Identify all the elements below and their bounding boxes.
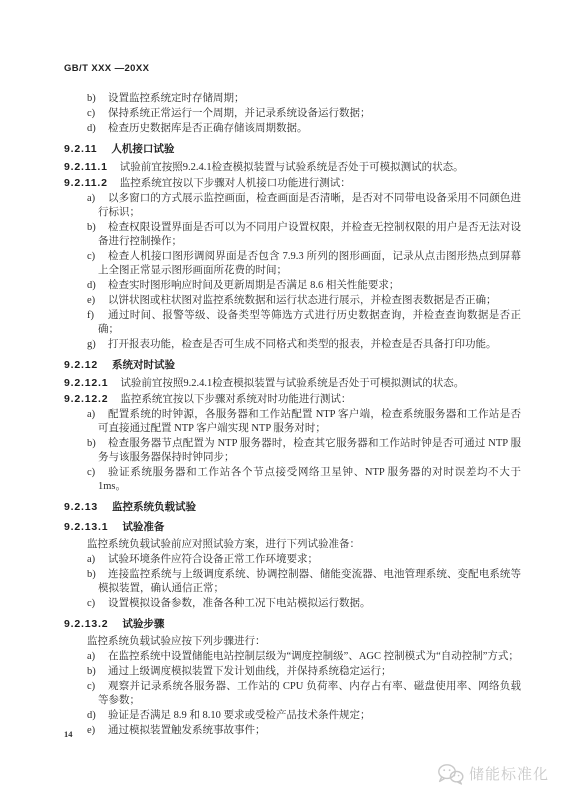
list-item-text: 验证是否满足 8.9 和 8.10 要求或受检产品技术条件规定； bbox=[108, 710, 371, 721]
subsection-title: 试验步骤 bbox=[122, 617, 164, 631]
lead-paragraph: 监控系统负载试验前应对照试验方案，进行下列试验准备： bbox=[64, 538, 521, 552]
list-item-label: d) bbox=[87, 279, 96, 293]
list-item-text: 保持系统正常运行一个周期，并记录系统设备运行数据； bbox=[108, 108, 371, 119]
section-title: 系统对时试验 bbox=[112, 358, 175, 372]
list-item: c) 设置模拟设备参数，准备各种工况下电站模拟运行数据。 bbox=[64, 597, 521, 611]
list-item: b) 连接监控系统与上级调度系统、协调控制器、储能变流器、电池管理系统、变配电系… bbox=[64, 568, 521, 596]
list-item-label: a) bbox=[87, 408, 95, 422]
lead-paragraph: 监控系统负载试验应按下列步骤进行： bbox=[64, 635, 521, 649]
list-item: d) 检查实时图形响应时间及更新周期是否满足 8.6 相关性能要求； bbox=[64, 279, 521, 293]
list-item: a) 在监控系统中设置储能电站控制层级为“调度控制级”、AGC 控制模式为“自动… bbox=[64, 650, 521, 664]
document-content: b) 设置监控系统定时存储周期； c) 保持系统正常运行一个周期，并记录系统设备… bbox=[64, 92, 521, 738]
list-item-label: b) bbox=[87, 221, 96, 235]
list-item-text: 以饼状图或柱状图对监控系统数据和运行状态进行展示，并检查图表数据是否正确； bbox=[108, 295, 497, 306]
list-item-label: e) bbox=[87, 294, 95, 308]
page-number: 14 bbox=[64, 727, 73, 741]
clause-text: 试验前宜按照9.2.4.1检查模拟装置与试验系统是否处于可模拟测试的状态。 bbox=[120, 162, 464, 173]
list-item-label: b) bbox=[87, 568, 96, 582]
list-item-label: a) bbox=[87, 192, 95, 206]
list-item-label: e) bbox=[87, 724, 95, 738]
clause-number: 9.2.11.2 bbox=[64, 177, 108, 189]
list-item-text: 检查历史数据库是否正确存储该周期数据。 bbox=[108, 123, 308, 134]
watermark: 储能标准化 bbox=[437, 763, 549, 786]
clause-paragraph: 9.2.11.1试验前宜按照9.2.4.1检查模拟装置与试验系统是否处于可模拟测… bbox=[64, 160, 521, 175]
list-item: g) 打开报表功能，检查是否可生成不同格式和类型的报表，并检查是否具备打印功能。 bbox=[64, 338, 521, 352]
subsection-heading: 9.2.13.1 试验准备 bbox=[64, 520, 521, 534]
clause-paragraph: 9.2.12.1试验前宜按照9.2.4.1检查模拟装置与试验系统是否处于可模拟测… bbox=[64, 376, 521, 391]
clause-list: a) 配置系统的时钟源，各服务器和工作站配置 NTP 客户端，检查系统服务器和工… bbox=[64, 408, 521, 494]
list-item: b) 设置监控系统定时存储周期； bbox=[64, 92, 521, 106]
list-item: b) 检查服务器节点配置为 NTP 服务器时，检查其它服务器和工作站时钟是否可通… bbox=[64, 437, 521, 465]
list-item: b) 检查权限设置界面是否可以为不同用户设置权限，并检查无控制权限的用户是否无法… bbox=[64, 221, 521, 249]
list-item: b) 通过上级调度模拟装置下发计划曲线，并保持系统稳定运行； bbox=[64, 665, 521, 679]
list-item-text: 检查人机接口图形调阅界面是否包含 7.9.3 所列的图形画面，记录从点击图形热点… bbox=[98, 251, 521, 276]
subsection-heading: 9.2.13.2 试验步骤 bbox=[64, 617, 521, 631]
list-item-label: c) bbox=[87, 250, 95, 264]
list-item: e) 以饼状图或柱状图对监控系统数据和运行状态进行展示，并检查图表数据是否正确； bbox=[64, 294, 521, 308]
subsection-title: 试验准备 bbox=[122, 520, 164, 534]
list-item: d) 验证是否满足 8.9 和 8.10 要求或受检产品技术条件规定； bbox=[64, 709, 521, 723]
list-item-label: b) bbox=[87, 92, 96, 106]
list-item-text: 试验环境条件应符合设备正常工作环境要求； bbox=[108, 554, 318, 565]
list-item-label: c) bbox=[87, 107, 95, 121]
section-title: 监控系统负载试验 bbox=[112, 500, 196, 514]
list-item-text: 设置模拟设备参数，准备各种工况下电站模拟运行数据。 bbox=[108, 598, 371, 609]
list-item: c) 检查人机接口图形调阅界面是否包含 7.9.3 所列的图形画面，记录从点击图… bbox=[64, 250, 521, 278]
list-item-text: 检查实时图形响应时间及更新周期是否满足 8.6 相关性能要求； bbox=[108, 280, 399, 291]
section-number: 9.2.11 bbox=[64, 142, 97, 156]
clause-number: 9.2.11.1 bbox=[64, 161, 108, 173]
clause-number: 9.2.12.1 bbox=[64, 377, 108, 389]
clause-text: 试验前宜按照9.2.4.1检查模拟装置与试验系统是否处于可模拟测试的状态。 bbox=[120, 378, 464, 389]
watermark-text: 储能标准化 bbox=[469, 768, 549, 782]
list-item-text: 检查权限设置界面是否可以为不同用户设置权限，并检查无控制权限的用户是否无法对设备… bbox=[98, 222, 521, 247]
document-page: GB/T XXX —20XX b) 设置监控系统定时存储周期； c) 保持系统正… bbox=[0, 0, 565, 800]
list-item: a) 配置系统的时钟源，各服务器和工作站配置 NTP 客户端，检查系统服务器和工… bbox=[64, 408, 521, 436]
list-item-text: 通过时间、报警等级、设备类型等筛选方式进行历史数据查询，并检查查询数据是否正确； bbox=[98, 310, 521, 335]
list-item-text: 以多窗口的方式展示监控画面，检查画面是否清晰，是否对不同带电设备采用不同颜色进行… bbox=[98, 193, 521, 218]
clause-text: 监控系统宜按以下步骤对系统对时功能进行测试： bbox=[120, 394, 351, 405]
list-item-text: 验证系统服务器和工作站各个节点接受网络卫星钟、NTP 服务器的对时误差均不大于 … bbox=[98, 467, 521, 492]
list-item-text: 设置监控系统定时存储周期； bbox=[108, 93, 245, 104]
list-item-text: 连接监控系统与上级调度系统、协调控制器、储能变流器、电池管理系统、变配电系统等模… bbox=[98, 569, 521, 594]
section-title: 人机接口试验 bbox=[111, 142, 174, 156]
list-item: c) 观察并记录系统各服务器、工作站的 CPU 负荷率、内存占有率、磁盘使用率、… bbox=[64, 680, 521, 708]
clause-list: a) 试验环境条件应符合设备正常工作环境要求； b) 连接监控系统与上级调度系统… bbox=[64, 553, 521, 611]
list-item: d) 检查历史数据库是否正确存储该周期数据。 bbox=[64, 122, 521, 136]
clause-text: 监控系统宜按以下步骤对人机接口功能进行测试： bbox=[120, 178, 351, 189]
list-item-label: d) bbox=[87, 122, 96, 136]
list-item-text: 检查服务器节点配置为 NTP 服务器时，检查其它服务器和工作站时钟是否可通过 N… bbox=[98, 438, 521, 463]
section-number: 9.2.12 bbox=[64, 358, 98, 372]
clause-list: a) 以多窗口的方式展示监控画面，检查画面是否清晰，是否对不同带电设备采用不同颜… bbox=[64, 192, 521, 352]
list-item: c) 保持系统正常运行一个周期，并记录系统设备运行数据； bbox=[64, 107, 521, 121]
section-heading: 9.2.13 监控系统负载试验 bbox=[64, 500, 521, 514]
list-item-text: 观察并记录系统各服务器、工作站的 CPU 负荷率、内存占有率、磁盘使用率、网络负… bbox=[98, 681, 521, 706]
list-item-text: 通过上级调度模拟装置下发计划曲线，并保持系统稳定运行； bbox=[108, 666, 392, 677]
subsection-number: 9.2.13.2 bbox=[64, 617, 108, 631]
subsection-number: 9.2.13.1 bbox=[64, 520, 108, 534]
list-item-text: 配置系统的时钟源，各服务器和工作站配置 NTP 客户端，检查系统服务器和工作站是… bbox=[98, 409, 521, 434]
list-item-label: c) bbox=[87, 466, 95, 480]
list-item-label: b) bbox=[87, 437, 96, 451]
list-item-label: a) bbox=[87, 650, 95, 664]
list-item-text: 在监控系统中设置储能电站控制层级为“调度控制级”、AGC 控制模式为“自动控制”… bbox=[108, 651, 519, 662]
list-item: a) 以多窗口的方式展示监控画面，检查画面是否清晰，是否对不同带电设备采用不同颜… bbox=[64, 192, 521, 220]
clause-paragraph: 9.2.12.2监控系统宜按以下步骤对系统对时功能进行测试： bbox=[64, 392, 521, 407]
list-item: c) 验证系统服务器和工作站各个节点接受网络卫星钟、NTP 服务器的对时误差均不… bbox=[64, 466, 521, 494]
list-item-label: c) bbox=[87, 597, 95, 611]
standard-number-header: GB/T XXX —20XX bbox=[64, 62, 521, 76]
list-item: a) 试验环境条件应符合设备正常工作环境要求； bbox=[64, 553, 521, 567]
list-item-label: d) bbox=[87, 709, 96, 723]
list-item-label: a) bbox=[87, 553, 95, 567]
list-item-label: b) bbox=[87, 665, 96, 679]
list-item-label: c) bbox=[87, 680, 95, 694]
section-heading: 9.2.12 系统对时试验 bbox=[64, 358, 521, 372]
list-item-text: 通过模拟装置触发系统事故事件； bbox=[108, 725, 266, 736]
wechat-icon bbox=[437, 763, 464, 786]
clause-list: a) 在监控系统中设置储能电站控制层级为“调度控制级”、AGC 控制模式为“自动… bbox=[64, 650, 521, 738]
list-item-label: g) bbox=[87, 338, 96, 352]
section-number: 9.2.13 bbox=[64, 500, 98, 514]
intro-list: b) 设置监控系统定时存储周期； c) 保持系统正常运行一个周期，并记录系统设备… bbox=[64, 92, 521, 136]
list-item-label: f) bbox=[87, 309, 94, 323]
list-item: f) 通过时间、报警等级、设备类型等筛选方式进行历史数据查询，并检查查询数据是否… bbox=[64, 309, 521, 337]
section-heading: 9.2.11 人机接口试验 bbox=[64, 142, 521, 156]
clause-paragraph: 9.2.11.2监控系统宜按以下步骤对人机接口功能进行测试： bbox=[64, 176, 521, 191]
clause-number: 9.2.12.2 bbox=[64, 393, 108, 405]
list-item: e) 通过模拟装置触发系统事故事件； bbox=[64, 724, 521, 738]
list-item-text: 打开报表功能，检查是否可生成不同格式和类型的报表，并检查是否具备打印功能。 bbox=[108, 339, 497, 350]
